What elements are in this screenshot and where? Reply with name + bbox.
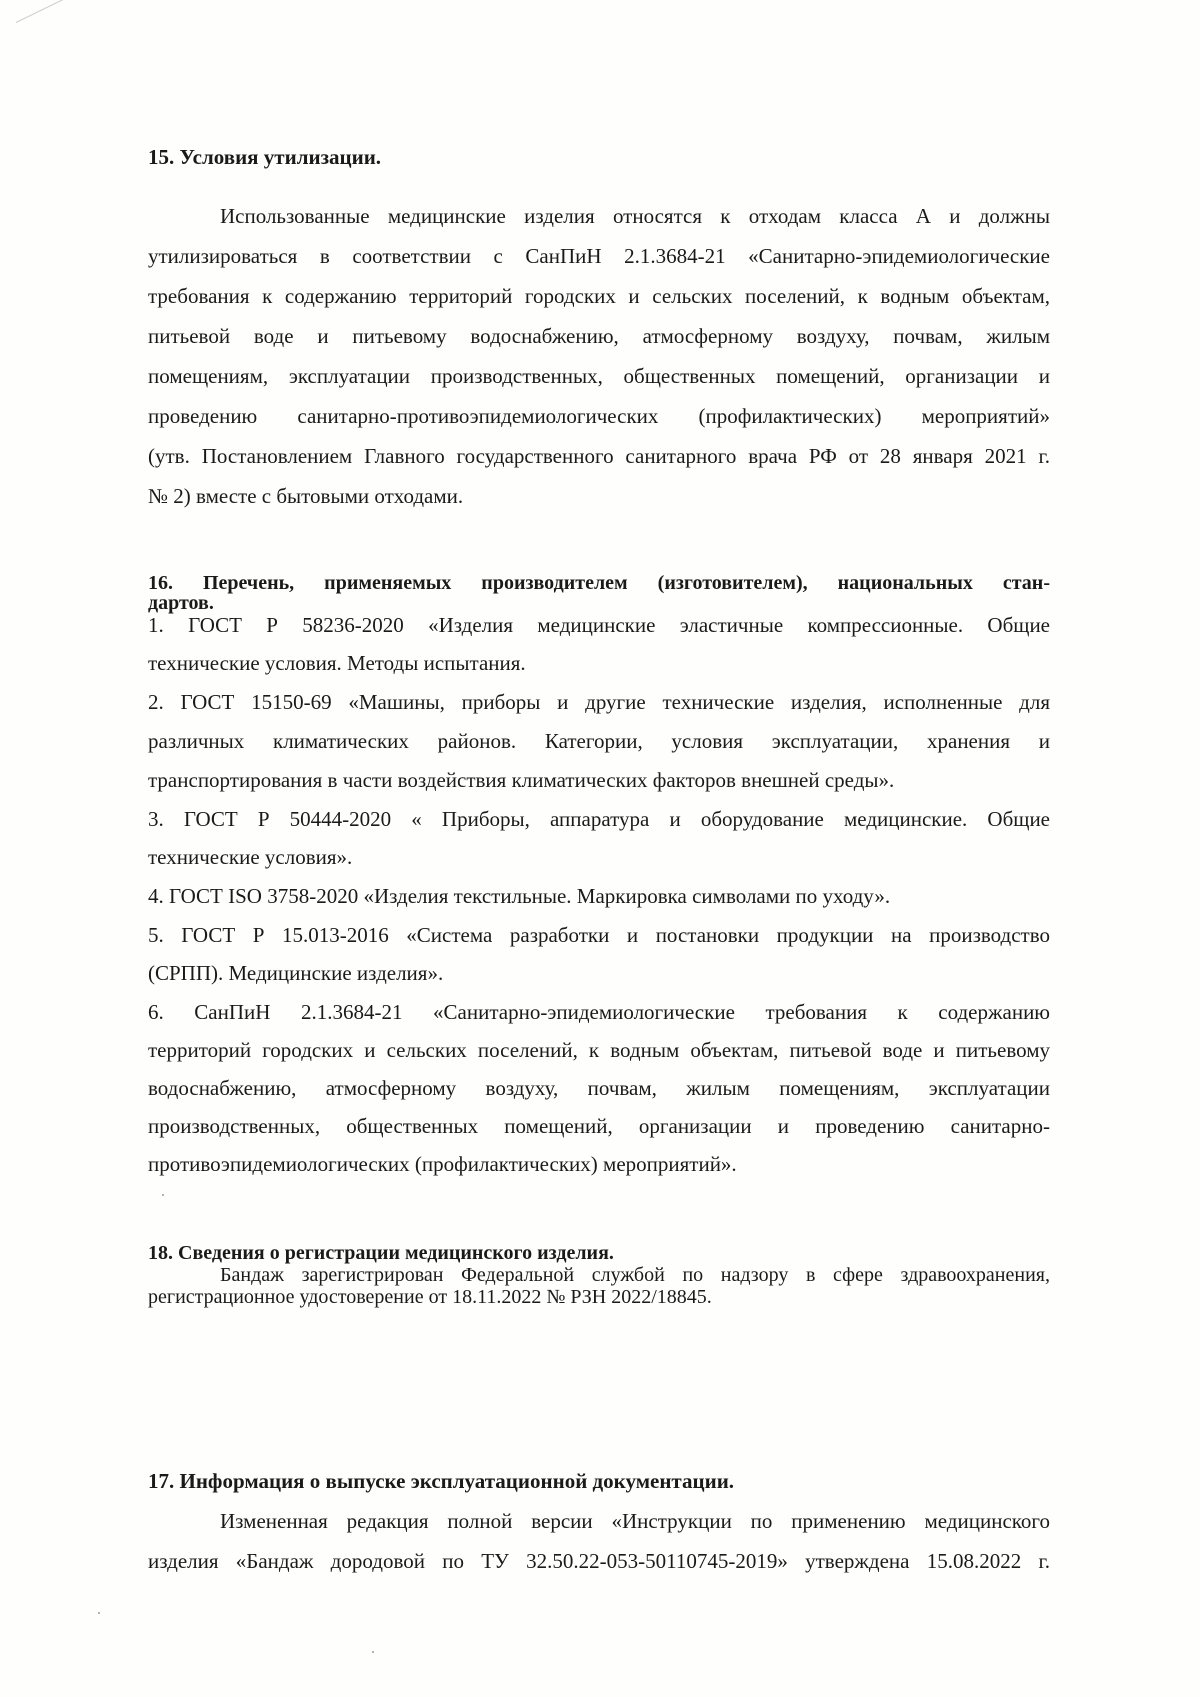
list-item-line: водоснабжению, атмосферному воздуху, поч… (148, 1075, 1050, 1101)
paragraph-line: Использованные медицинские изделия относ… (148, 203, 1050, 229)
list-item-line: 6. СанПиН 2.1.3684-21 «Санитарно-эпидеми… (148, 999, 1050, 1025)
paragraph-line: утилизироваться в соответствии с СанПиН … (148, 243, 1050, 269)
paragraph-line: помещениям, эксплуатации производственны… (148, 363, 1050, 389)
section-16-title-line2: дартов. (148, 592, 1050, 614)
list-item-line: 2. ГОСТ 15150-69 «Машины, приборы и друг… (148, 689, 1050, 715)
list-item-line: технические условия. Методы испытания. (148, 650, 1050, 676)
list-item-line: (СРПП). Медицинские изделия». (148, 960, 1050, 986)
section-16-title-line1: 16. Перечень, применяемых производителем… (148, 572, 1050, 594)
list-item-line: противоэпидемиологических (профилактичес… (148, 1151, 1050, 1177)
list-item-line: технические условия». (148, 844, 1050, 870)
scan-artifact-dot (372, 1651, 374, 1653)
section-15-title: 15. Условия утилизации. (148, 144, 1050, 170)
paragraph-line: регистрационное удостоверение от 18.11.2… (148, 1286, 1050, 1308)
paragraph-line: № 2) вместе с бытовыми отходами. (148, 483, 1050, 509)
section-18-title: 18. Сведения о регистрации медицинского … (148, 1242, 1050, 1264)
scan-artifact-dot (98, 1612, 100, 1614)
list-item-line: транспортирования в части воздействия кл… (148, 767, 1050, 793)
list-item-line: 4. ГОСТ ISO 3758-2020 «Изделия текстильн… (148, 883, 1050, 909)
section-17-title: 17. Информация о выпуске эксплуатационно… (148, 1468, 1050, 1494)
paragraph-line: проведению санитарно-противоэпидемиологи… (148, 403, 1050, 429)
list-item-line: 3. ГОСТ Р 50444-2020 « Приборы, аппарату… (148, 806, 1050, 832)
document-page: 15. Условия утилизации. Использованные м… (0, 0, 1200, 1697)
paragraph-line: Измененная редакция полной версии «Инстр… (148, 1508, 1050, 1534)
scan-artifact-dot (162, 1194, 164, 1196)
scan-artifact-mark (16, 0, 70, 23)
list-item-line: производственных, общественных помещений… (148, 1113, 1050, 1139)
list-item-line: территорий городских и сельских поселени… (148, 1037, 1050, 1063)
paragraph-line: (утв. Постановлением Главного государств… (148, 443, 1050, 469)
paragraph-line: требования к содержанию территорий город… (148, 283, 1050, 309)
paragraph-line: изделия «Бандаж дородовой по ТУ 32.50.22… (148, 1548, 1050, 1574)
paragraph-line: Бандаж зарегистрирован Федеральной служб… (148, 1264, 1050, 1286)
list-item-line: 1. ГОСТ Р 58236-2020 «Изделия медицински… (148, 612, 1050, 638)
list-item-line: 5. ГОСТ Р 15.013-2016 «Система разработк… (148, 922, 1050, 948)
paragraph-line: питьевой воде и питьевому водоснабжению,… (148, 323, 1050, 349)
list-item-line: различных климатических районов. Категор… (148, 728, 1050, 754)
